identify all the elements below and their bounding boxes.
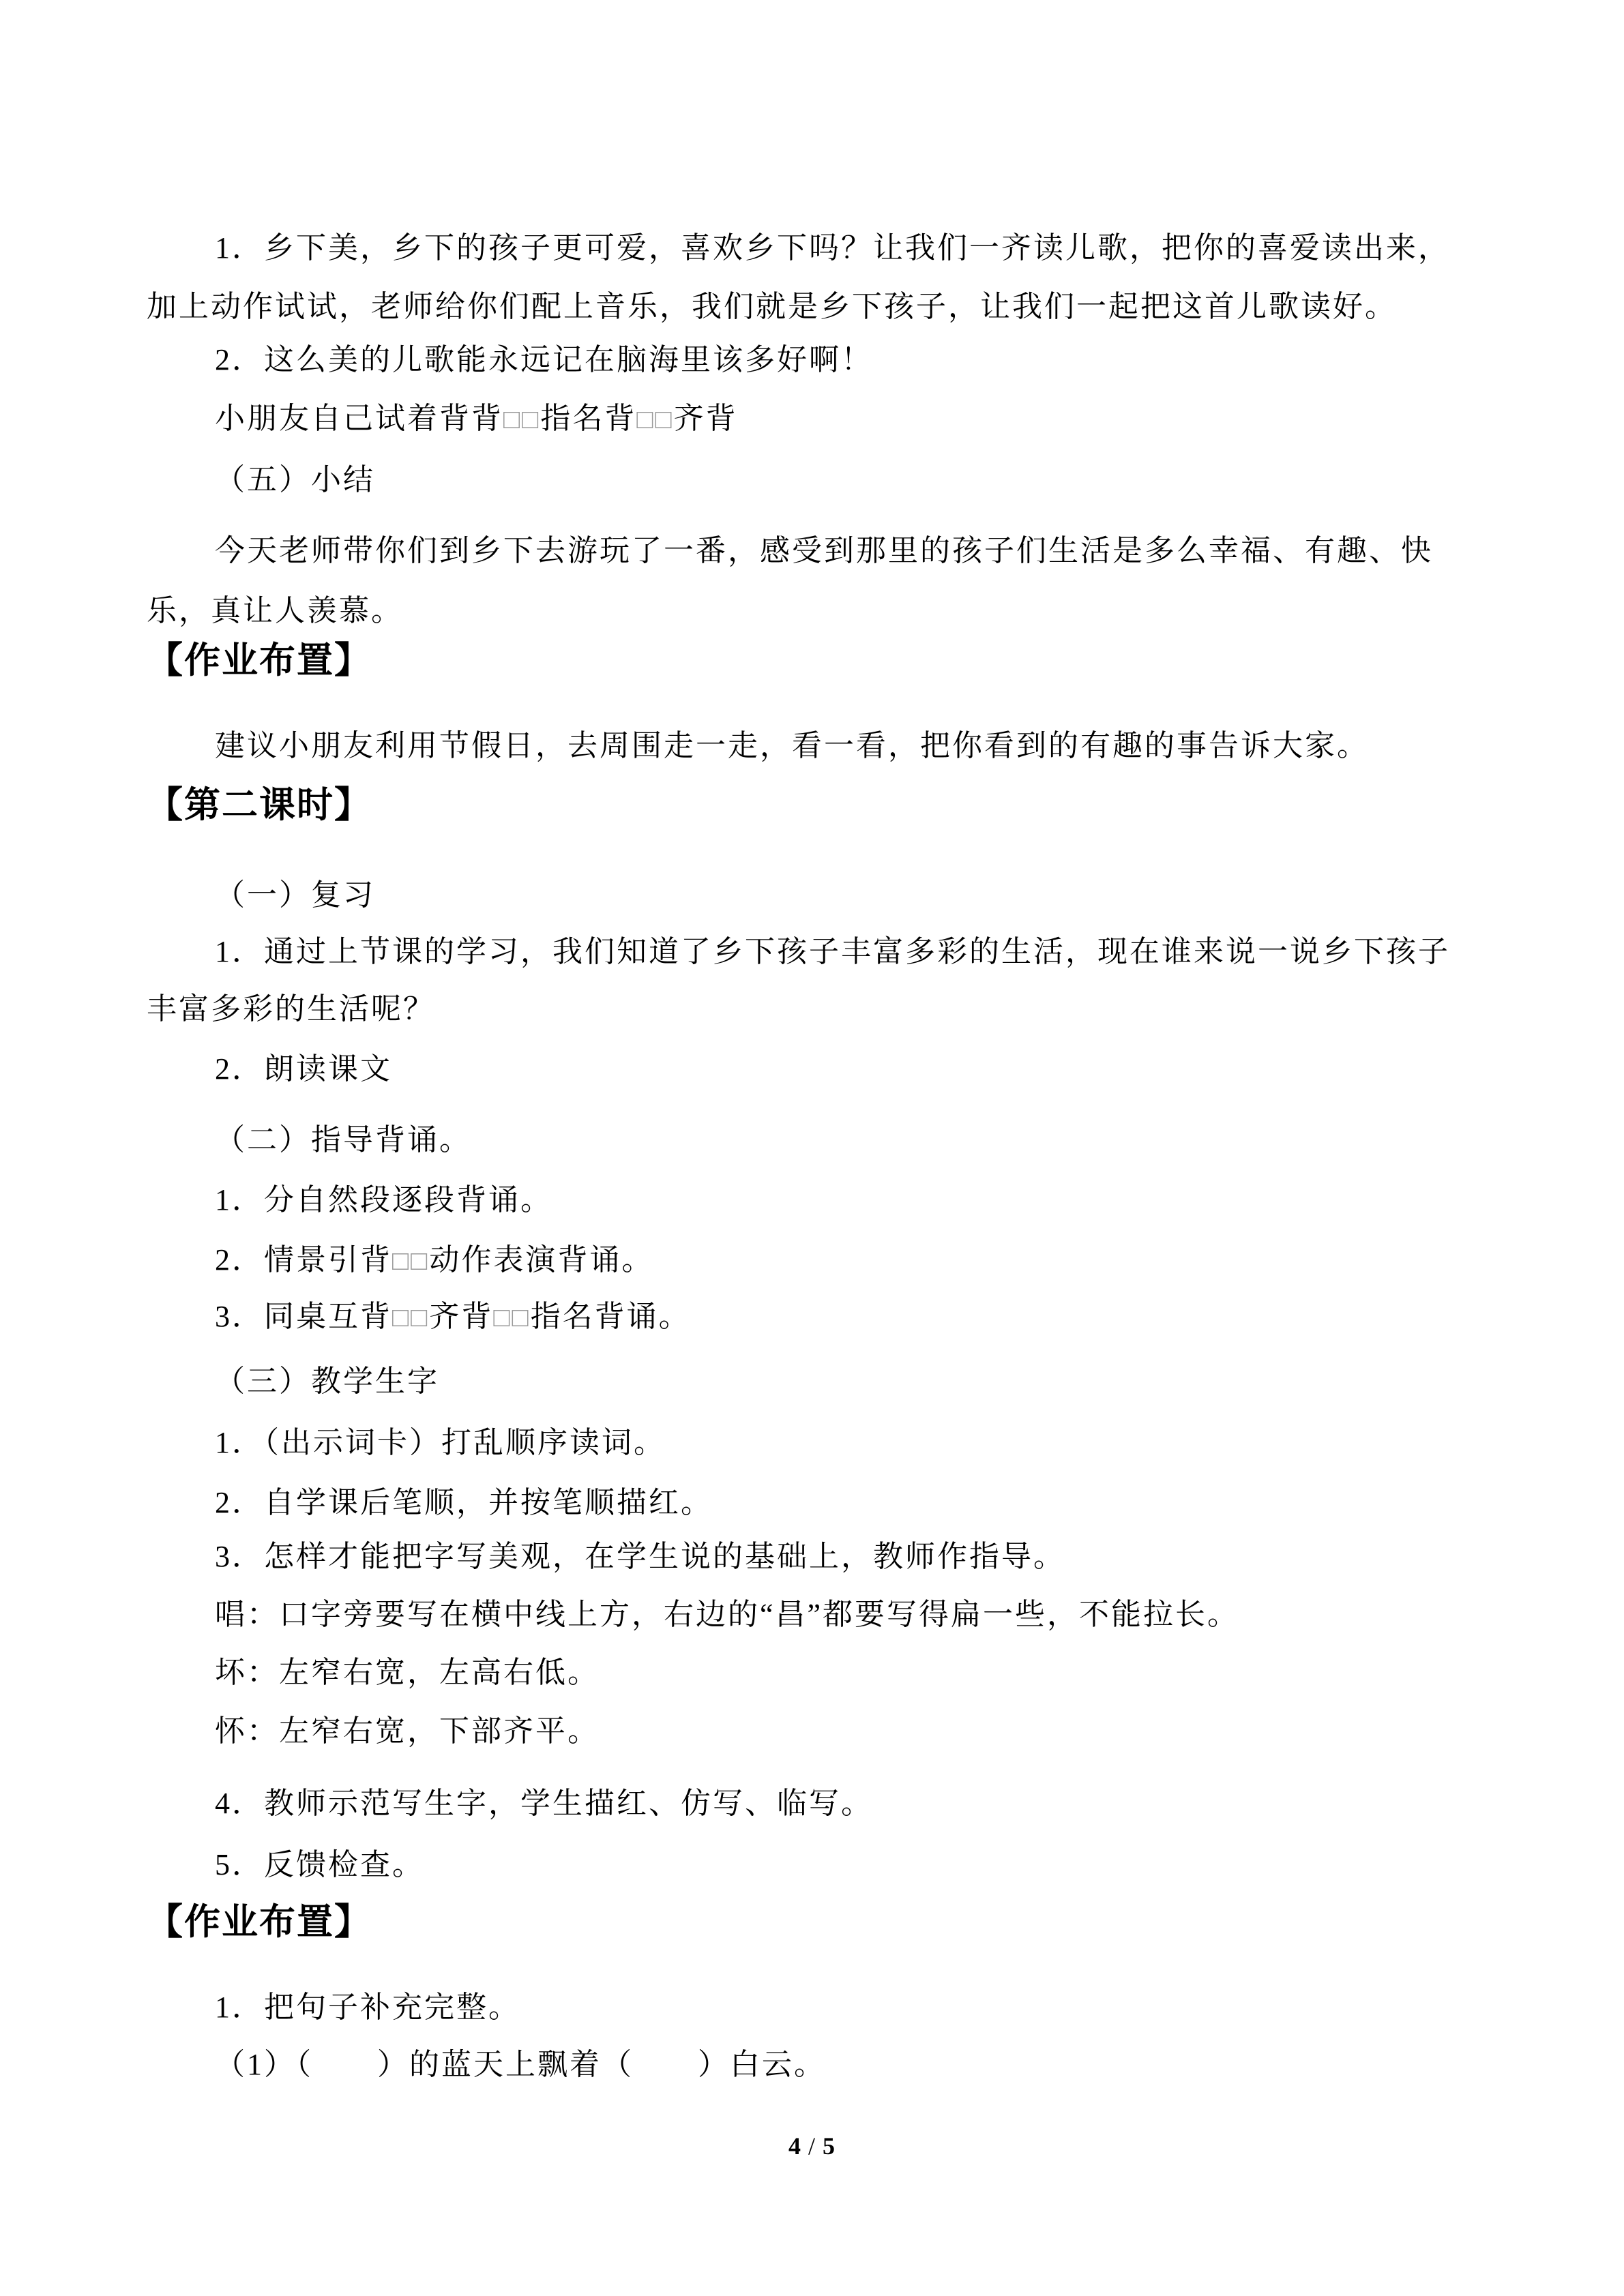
page-number-separator: /	[801, 2132, 823, 2160]
text-line: （1）（ ）的蓝天上飘着（ ）白云。	[147, 2046, 1552, 2084]
text-line: 3．同桌互背□□齐背□□指名背诵。	[147, 1298, 1552, 1337]
text-line: 2．朗读课文	[147, 1050, 1552, 1088]
text-line: 加上动作试试，老师给你们配上音乐，我们就是乡下孩子，让我们一起把这首儿歌读好。	[147, 288, 1483, 326]
text-line: （三）教学生字	[147, 1362, 1552, 1401]
section-heading: 【作业布置】	[147, 1901, 1483, 1943]
section-heading: 【作业布置】	[147, 640, 1483, 682]
text-line: 2．这么美的儿歌能永远记在脑海里该多好啊！	[147, 341, 1552, 379]
placeholder-box-glyph: □	[503, 404, 522, 434]
page-number-footer: 4 / 5	[0, 2132, 1624, 2160]
text-line: 5．反馈检查。	[147, 1846, 1552, 1884]
total-page-number: 5	[823, 2132, 836, 2160]
text-line: 坏：左窄右宽，左高右低。	[147, 1654, 1552, 1692]
placeholder-box-glyph: □	[411, 1302, 429, 1332]
text-line: 丰富多彩的生活呢？	[147, 990, 1483, 1028]
placeholder-box-glyph: □	[392, 1302, 411, 1332]
text-line: 1．乡下美，乡下的孩子更可爱，喜欢乡下吗？让我们一齐读儿歌，把你的喜爱读出来，	[147, 229, 1552, 267]
text-line: （二）指导背诵。	[147, 1121, 1552, 1159]
text-line: 1．分自然段逐段背诵。	[147, 1181, 1552, 1219]
placeholder-box-glyph: □	[655, 404, 674, 434]
text-line: 小朋友自己试着背背□□指名背□□齐背	[147, 400, 1552, 438]
placeholder-box-glyph: □	[512, 1302, 531, 1332]
document-page: 1．乡下美，乡下的孩子更可爱，喜欢乡下吗？让我们一齐读儿歌，把你的喜爱读出来，加…	[0, 0, 1624, 2296]
text-line: 1．把句子补充完整。	[147, 1988, 1552, 2027]
text-line: 今天老师带你们到乡下去游玩了一番，感受到那里的孩子们生活是多么幸福、有趣、快	[147, 532, 1552, 570]
text-line: （一）复习	[147, 876, 1552, 914]
text-line: 乐，真让人羡慕。	[147, 592, 1483, 630]
text-line: 1．通过上节课的学习，我们知道了乡下孩子丰富多彩的生活，现在谁来说一说乡下孩子	[147, 933, 1552, 971]
text-line: 2．情景引背□□动作表演背诵。	[147, 1241, 1552, 1280]
placeholder-box-glyph: □	[493, 1302, 512, 1332]
text-line: 建议小朋友利用节假日，去周围走一走，看一看，把你看到的有趣的事告诉大家。	[147, 727, 1552, 765]
text-line: （五）小结	[147, 461, 1552, 499]
placeholder-box-glyph: □	[411, 1245, 429, 1276]
text-line: 怀：左窄右宽，下部齐平。	[147, 1712, 1552, 1750]
placeholder-box-glyph: □	[522, 404, 540, 434]
placeholder-box-glyph: □	[636, 404, 655, 434]
text-line: 4．教师示范写生字，学生描红、仿写、临写。	[147, 1785, 1552, 1823]
text-line: 2．自学课后笔顺，并按笔顺描红。	[147, 1484, 1552, 1522]
current-page-number: 4	[788, 2132, 801, 2160]
text-line: 唱：口字旁要写在横中线上方，右边的“昌”都要写得扁一些，不能拉长。	[147, 1596, 1552, 1634]
section-heading: 【第二课时】	[147, 784, 1483, 826]
placeholder-box-glyph: □	[392, 1245, 411, 1276]
text-line: 3．怎样才能把字写美观，在学生说的基础上，教师作指导。	[147, 1538, 1552, 1576]
text-line: 1．（出示词卡）打乱顺序读词。	[147, 1424, 1552, 1462]
